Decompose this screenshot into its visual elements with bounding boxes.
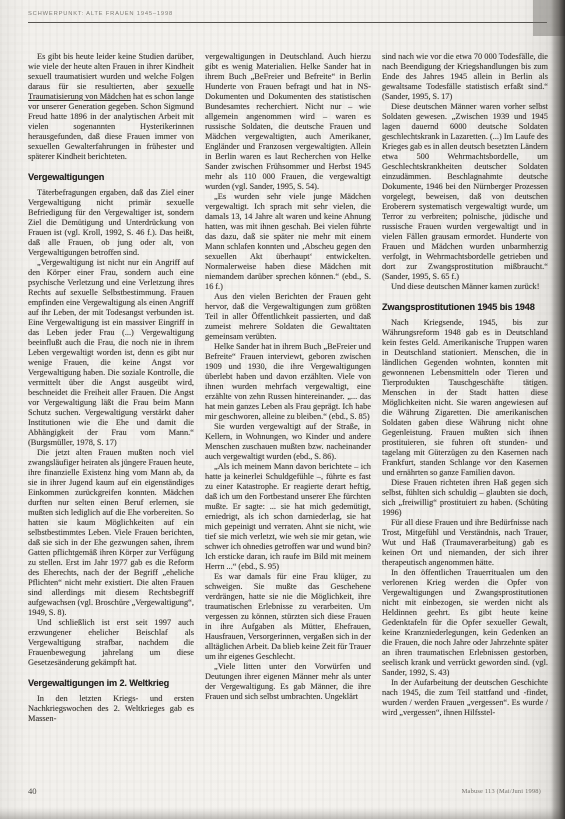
text-column-2: vergewaltigungen in Deutschland. Auch hi… (205, 52, 371, 786)
paragraph: Für all diese Frauen und ihre Bedürfniss… (382, 518, 548, 568)
paragraph-quote: „Vergewaltigung ist nicht nur ein Angrif… (28, 258, 194, 448)
journal-issue: Mabuse 113 (Mai/Juni 1998) (462, 788, 541, 795)
paragraph-quote: „Es wurden sehr viele junge Mädchen verg… (205, 192, 371, 292)
article-body: Es gibt bis heute leider keine Studien d… (28, 52, 548, 786)
scan-shadow-right-edge (551, 0, 565, 819)
paragraph-text: hat es schon lange vor unserer Generatio… (28, 92, 194, 161)
paragraph: Diese Frauen richteten ihren Haß gegen s… (382, 478, 548, 518)
paragraph: In den öffentlichen Trauerritualen um de… (382, 568, 548, 678)
scan-shadow-bottom-edge (0, 808, 565, 819)
paragraph: Helke Sander hat in ihrem Buch „BeFreier… (205, 342, 371, 422)
paragraph: Und schließlich ist erst seit 1997 auch … (28, 618, 194, 668)
paragraph: Sie wurden vergewaltigt auf der Straße, … (205, 422, 371, 462)
paragraph: Die jetzt alten Frauen mußten noch viel … (28, 448, 194, 618)
text-column-3: sind nach wie vor die etwa 70 000 Todesf… (382, 52, 548, 786)
paragraph-intro: Es gibt bis heute leider keine Studien d… (28, 52, 194, 162)
paragraph-continuation: vergewaltigungen in Deutschland. Auch hi… (205, 52, 371, 192)
paragraph: Diese deutschen Männer waren vorher selb… (382, 102, 548, 282)
scanned-page: SCHWERPUNKT: ALTE FRAUEN 1945–1998 Es gi… (0, 0, 565, 819)
paragraph-quote: „Viele litten unter den Vorwürfen und De… (205, 662, 371, 702)
running-head: SCHWERPUNKT: ALTE FRAUEN 1945–1998 (28, 11, 328, 17)
paragraph: In der Aufarbeitung der deutschen Geschi… (382, 678, 548, 718)
heading-vergewaltigungen: Vergewaltigungen (28, 172, 194, 183)
paragraph: Nach Kriegsende, 1945, bis zur Währungsr… (382, 318, 548, 478)
page-number: 40 (28, 786, 37, 796)
heading-zwangsprostitutionen: Zwangsprostitutionen 1945 bis 1948 (382, 302, 548, 313)
text-column-1: Es gibt bis heute leider keine Studien d… (28, 52, 194, 786)
paragraph: In den letzten Kriegs- und ersten Nachkr… (28, 694, 194, 724)
header-rule (28, 22, 547, 23)
paragraph: Und diese deutschen Männer kamen zurück! (382, 282, 548, 292)
paragraph: Es war damals für eine Frau klüger, zu s… (205, 572, 371, 662)
paragraph: Aus den vielen Berichten der Frauen geht… (205, 292, 371, 342)
heading-vergewaltigungen-2-weltkrieg: Vergewaltigungen im 2. Weltkrieg (28, 678, 194, 689)
paragraph-quote: „Als ich meinem Mann davon berichtete – … (205, 462, 371, 572)
paragraph-continuation: sind nach wie vor die etwa 70 000 Todesf… (382, 52, 548, 102)
paragraph: Täterbefragungen ergaben, daß das Ziel e… (28, 188, 194, 258)
